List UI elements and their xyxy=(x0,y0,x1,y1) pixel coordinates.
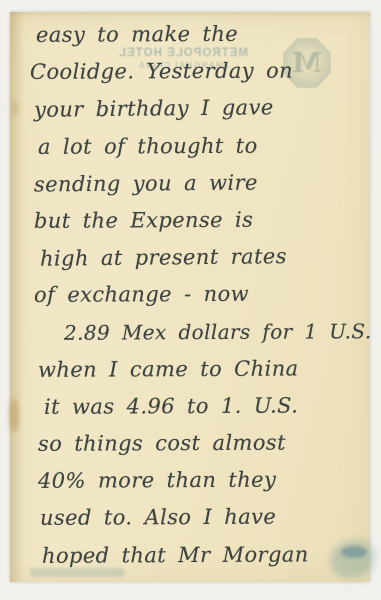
ink-smudge-dark-spot xyxy=(341,546,367,558)
show-through-text-ghost xyxy=(30,568,125,577)
handwriting-line: used to. Also I have xyxy=(40,500,364,539)
handwriting-line: your birthday I gave xyxy=(34,90,364,131)
paper-stain xyxy=(9,398,19,432)
handwriting-line: but the Expense is xyxy=(34,202,364,241)
handwriting-line: it was 4.96 to 1. U.S. xyxy=(44,388,364,427)
letter-scan: METROPOLE HOTEL SHANGHAI CHINA M easy to… xyxy=(0,0,381,600)
handwriting-line: 40% more than they xyxy=(38,462,364,501)
handwriting-line: 2.89 Mex dollars for 1 U.S. xyxy=(64,314,364,353)
handwriting-line: sending you a wire xyxy=(34,164,364,204)
handwriting-line: when I came to China xyxy=(38,351,364,390)
handwritten-text-block: easy to make theCoolidge. Yesterday onyo… xyxy=(10,12,370,582)
handwriting-line: a lot of thought to xyxy=(38,128,364,167)
handwriting-line: of exchange - now xyxy=(34,276,364,315)
handwriting-line: Coolidge. Yesterday on xyxy=(30,53,364,92)
handwriting-line: easy to make the xyxy=(36,16,364,55)
handwriting-line: so things cost almost xyxy=(38,425,364,464)
handwriting-line: high at present rates xyxy=(40,238,364,279)
paper-stain-small xyxy=(11,100,18,116)
